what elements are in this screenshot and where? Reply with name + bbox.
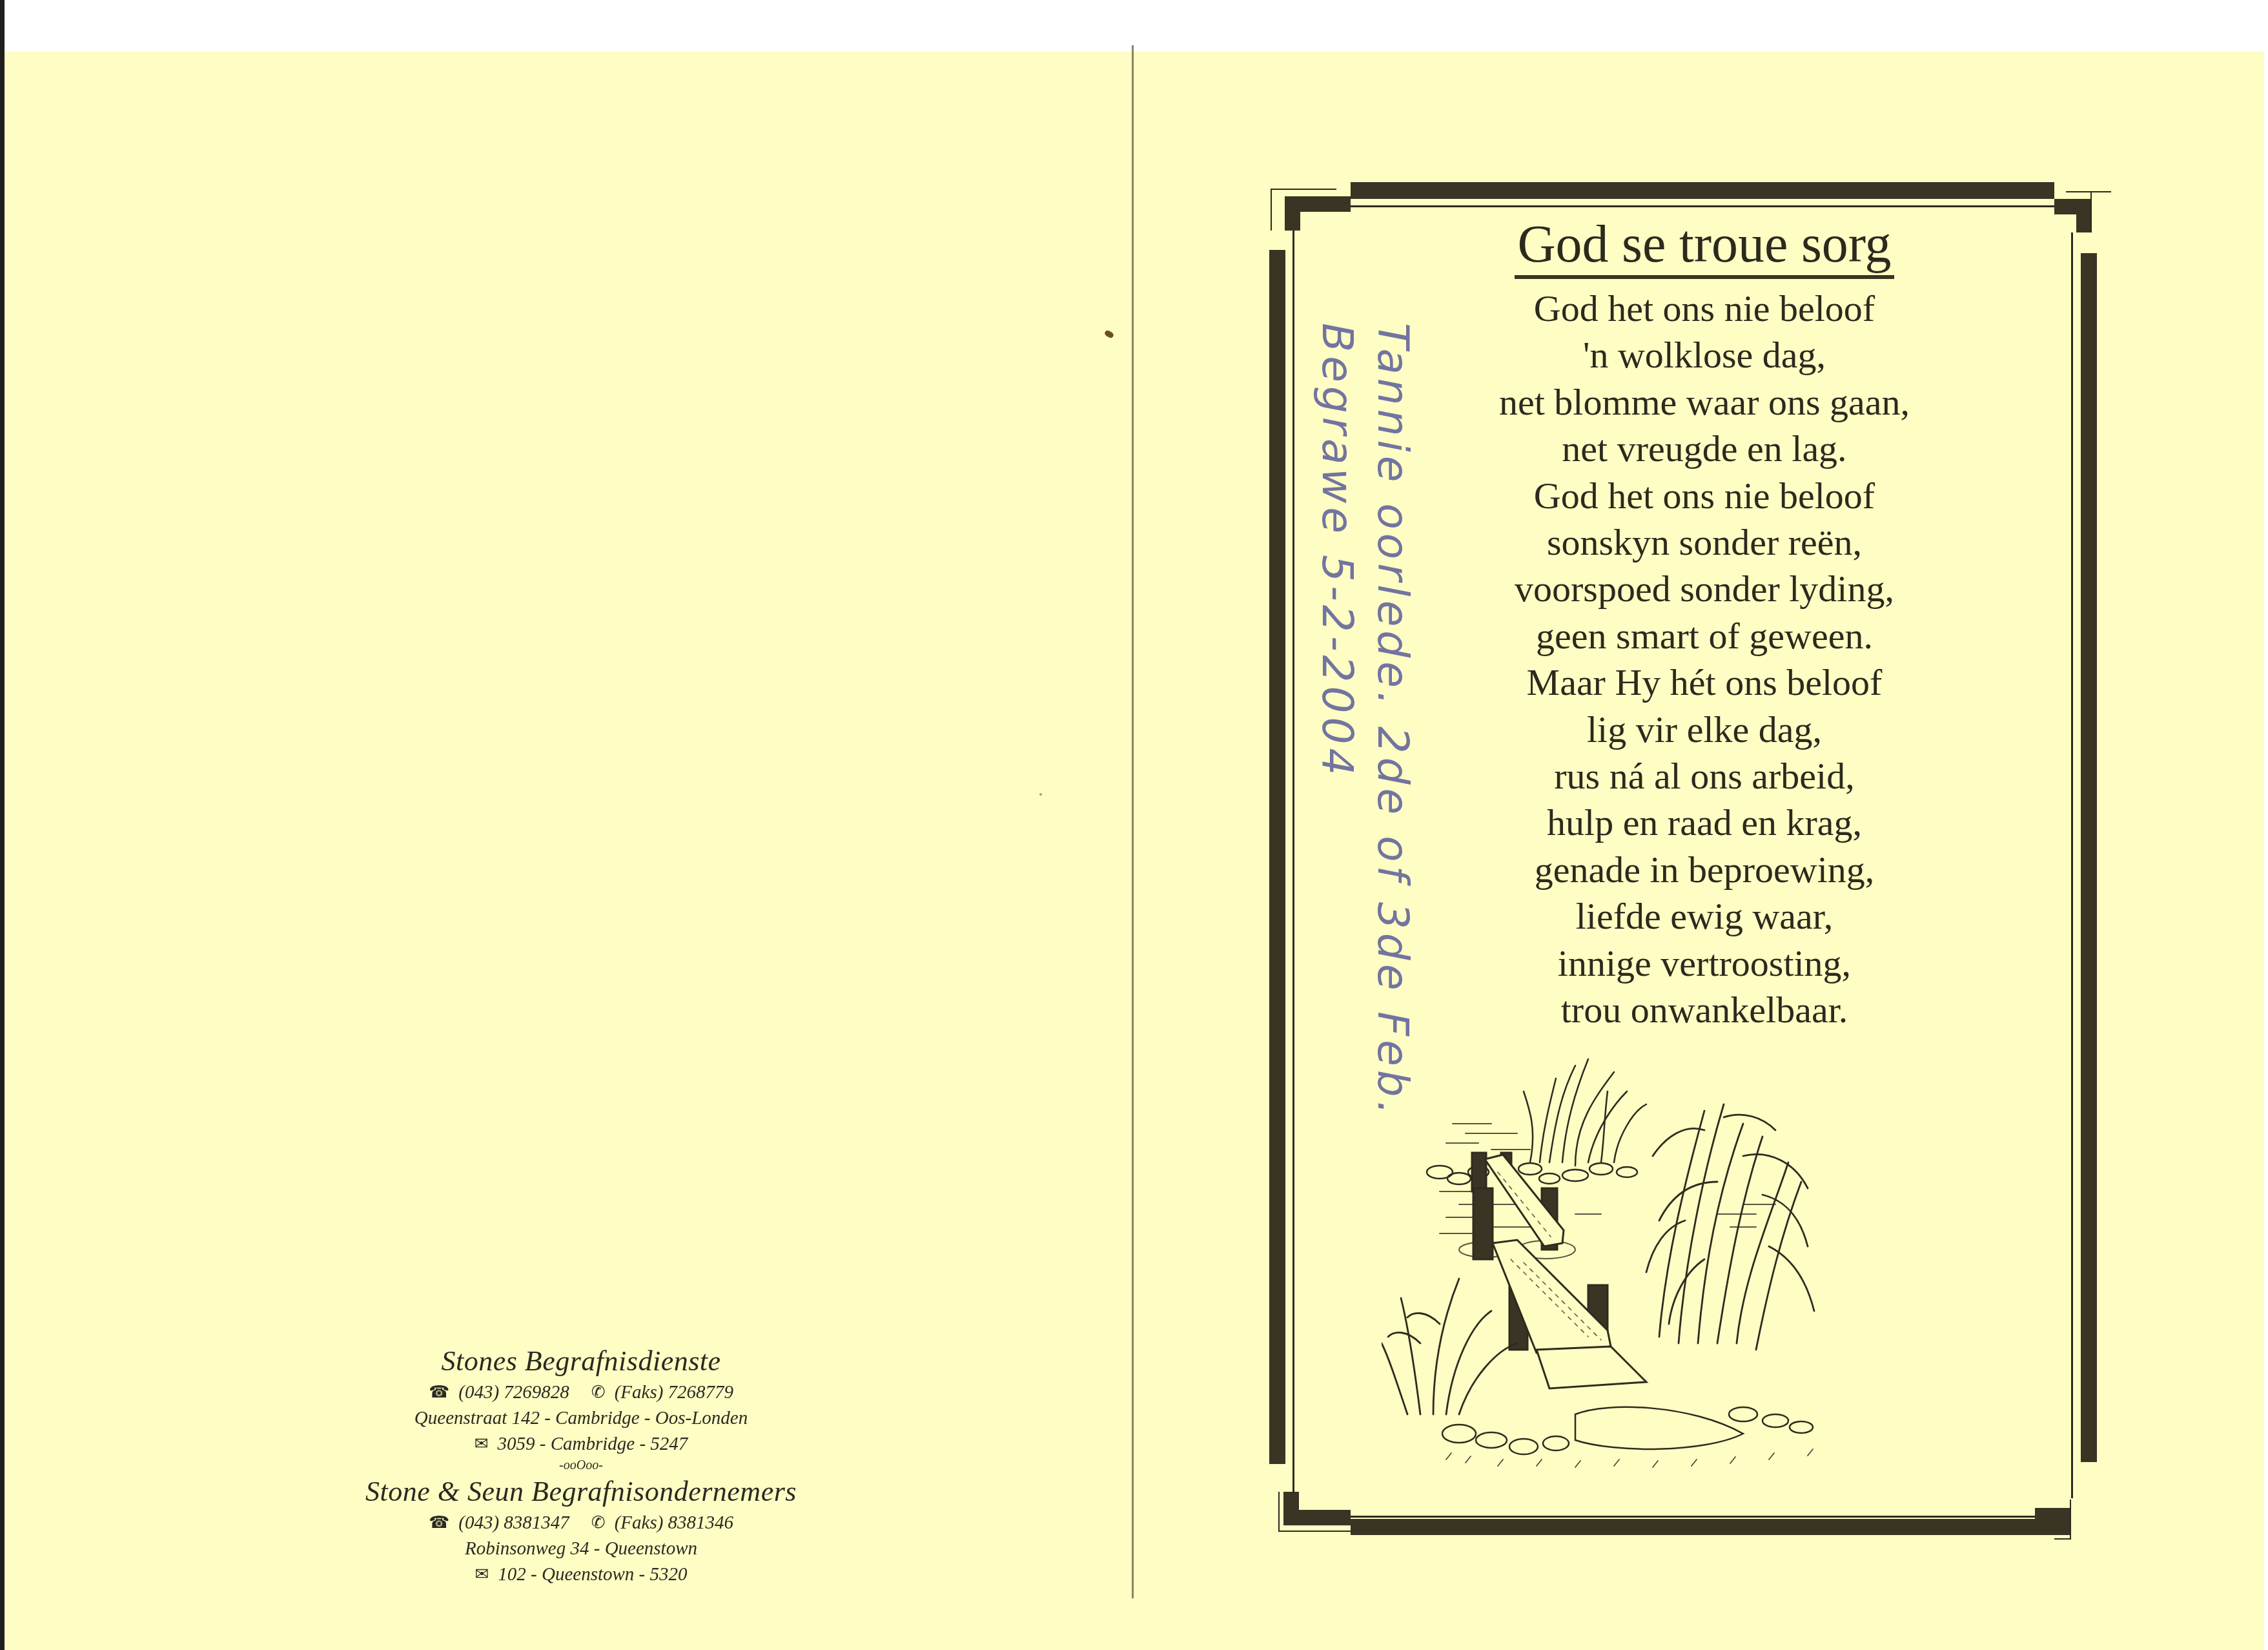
poem-line: net vreugde en lag.	[1304, 426, 2105, 472]
firm-2-phone: (043) 8381347	[458, 1512, 569, 1533]
frame-corner-outline	[2070, 1500, 2071, 1540]
frame-rule-bottom	[1351, 1516, 2035, 1518]
firm-1-contact: ☎(043) 7269828✆(Faks) 7268779	[294, 1379, 868, 1405]
firm-1-postbox-line: ✉3059 - Cambridge - 5247	[294, 1431, 868, 1457]
firm-2-name: Stone & Seun Begrafnisondernemers	[294, 1474, 868, 1510]
fax-icon: ✆	[591, 1510, 606, 1536]
poem-line: voorspoed sonder lyding,	[1304, 566, 2105, 612]
handwritten-line-2: Begrawe 5-2-2004	[1309, 323, 1365, 1130]
firm-1-fax: (Faks) 7268779	[615, 1382, 733, 1403]
frame-rule-top	[1351, 205, 2054, 207]
firm-2-postbox-line: ✉102 - Queenstown - 5320	[294, 1562, 868, 1587]
footbridge-illustration	[1382, 1053, 2066, 1479]
poem-line: trou onwankelbaar.	[1304, 987, 2105, 1033]
scan-edge	[0, 0, 5, 1650]
firm-1-name: Stones Begrafnisdienste	[294, 1343, 868, 1379]
firm-2-contact: ☎(043) 8381347✆(Faks) 8381346	[294, 1510, 868, 1536]
poem-line: geen smart of geween.	[1304, 613, 2105, 659]
funeral-home-imprint: Stones Begrafnisdienste ☎(043) 7269828✆(…	[294, 1343, 868, 1587]
poem-line: hulp en raad en krag,	[1304, 799, 2105, 846]
imprint-separator: -ooOoo-	[294, 1457, 868, 1474]
poem-line: God het ons nie beloof	[1304, 285, 2105, 332]
firm-1-postbox: 3059 - Cambridge - 5247	[497, 1434, 688, 1454]
handwritten-note: Tannie oorlede. 2de of 3de Feb. Begrawe …	[1311, 323, 1420, 1130]
firm-1-address: Queenstraat 142 - Cambridge - Oos-Londen	[294, 1405, 868, 1431]
frame-corner-outline	[1271, 189, 1272, 231]
fax-icon: ✆	[591, 1379, 606, 1405]
frame-corner	[1283, 1510, 1351, 1525]
firm-2-fax: (Faks) 8381346	[615, 1512, 733, 1533]
card-fold-line	[1132, 45, 1134, 1598]
frame-corner-outline	[2066, 191, 2111, 192]
poem-line: rus ná al ons arbeid,	[1304, 753, 2105, 799]
poem-line: Maar Hy hét ons beloof	[1304, 659, 2105, 706]
poem-line: 'n wolklose dag,	[1304, 332, 2105, 378]
frame-corner	[2035, 1508, 2070, 1523]
poem-line: liefde ewig waar,	[1304, 893, 2105, 940]
frame-corner-outline	[1271, 189, 1336, 190]
telephone-icon: ☎	[429, 1510, 449, 1536]
poem-line: innige vertroosting,	[1304, 940, 2105, 987]
handwritten-line-1: Tannie oorlede. 2de of 3de Feb.	[1365, 323, 1420, 1130]
poem: God se troue sorg God het ons nie beloof…	[1304, 213, 2105, 1034]
envelope-icon: ✉	[475, 1562, 489, 1587]
poem-line: God het ons nie beloof	[1304, 473, 2105, 519]
poem-line: genade in beproewing,	[1304, 847, 2105, 893]
frame-corner-outline	[2054, 1538, 2071, 1540]
frame-corner	[1285, 196, 1300, 231]
firm-2-postbox: 102 - Queenstown - 5320	[498, 1564, 687, 1585]
poem-line: net blomme waar ons gaan,	[1304, 379, 2105, 426]
envelope-icon: ✉	[475, 1431, 489, 1457]
frame-bar-top	[1351, 182, 2054, 199]
firm-1-phone: (043) 7269828	[458, 1382, 569, 1403]
frame-bar-bottom	[1351, 1519, 2054, 1535]
paper-speck	[1039, 793, 1042, 796]
poem-line: lig vir elke dag,	[1304, 706, 2105, 753]
firm-2-address: Robinsonweg 34 - Queenstown	[294, 1536, 868, 1562]
poem-title: God se troue sorg	[1515, 213, 1894, 279]
frame-corner-outline	[1278, 1531, 1351, 1532]
telephone-icon: ☎	[429, 1379, 449, 1405]
frame-bar-left	[1269, 250, 1285, 1464]
frame-corner-outline	[1278, 1492, 1280, 1532]
frame-rule-left	[1292, 231, 1294, 1493]
poem-line: sonskyn sonder reën,	[1304, 519, 2105, 566]
